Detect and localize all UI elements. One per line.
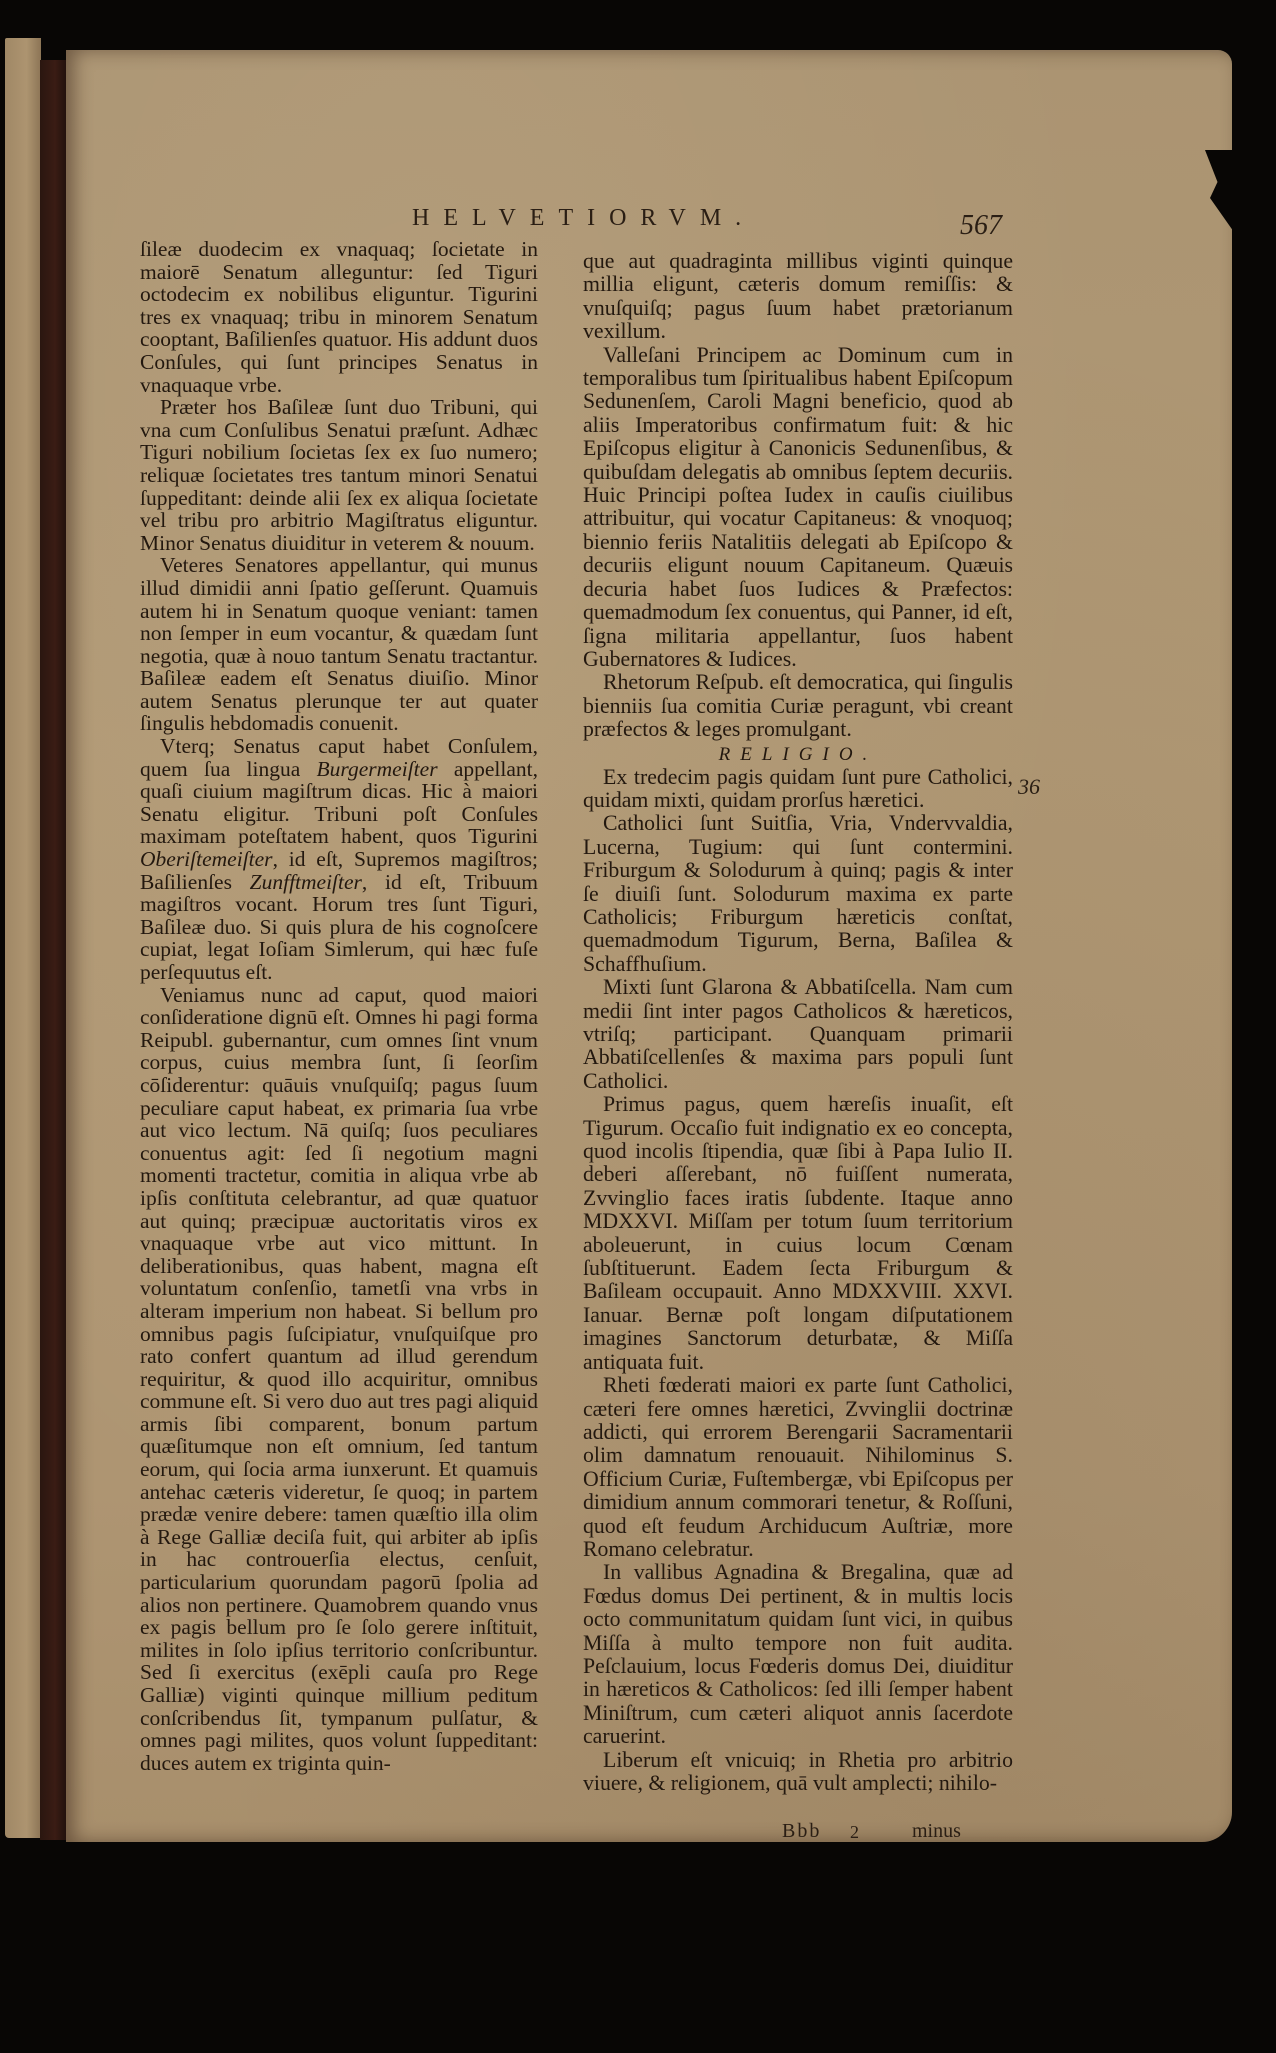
german-term-oberistemeister: Oberiſtemeiſter bbox=[140, 847, 273, 871]
paragraph: Ex tredecim pagis quidam ſunt pure Catho… bbox=[583, 766, 1013, 813]
german-term-burgermeister: Burgermeiſter bbox=[317, 757, 438, 781]
paragraph: ſileæ duodecim ex vnaquaq; ſocietate in … bbox=[140, 238, 538, 396]
paragraph: que aut quadraginta millibus viginti qui… bbox=[583, 250, 1013, 344]
paragraph: Mixti ſunt Glarona & Abbatiſcella. Nam c… bbox=[583, 976, 1013, 1093]
previous-page-edge bbox=[5, 38, 41, 1838]
signature-number: 2 bbox=[850, 1822, 859, 1843]
paragraph: Veteres Senatores appellantur, qui munus… bbox=[140, 554, 538, 735]
paragraph: Rhetorum Reſpub. eſt democratica, qui ſi… bbox=[583, 671, 1013, 741]
handwritten-margin-note: 36 bbox=[1018, 774, 1040, 800]
paragraph: Primus pagus, quem hæreſis inuaſit, eſt … bbox=[583, 1093, 1013, 1374]
left-column: ſileæ duodecim ex vnaquaq; ſocietate in … bbox=[140, 238, 538, 1774]
paragraph: Valleſani Principem ac Dominum cum in te… bbox=[583, 344, 1013, 672]
paragraph: Præter hos Baſileæ ſunt duo Tribuni, qui… bbox=[140, 396, 538, 554]
right-column: que aut quadraginta millibus viginti qui… bbox=[583, 250, 1013, 1795]
page-number: 567 bbox=[960, 210, 1002, 242]
paragraph: Liberum eſt vnicuiq; in Rhetia pro arbit… bbox=[583, 1749, 1013, 1796]
running-head-title: HELVETIORVM. bbox=[412, 205, 755, 232]
catchword: minus bbox=[912, 1820, 961, 1843]
german-term-zunfftmeister: Zunfftmeiſter bbox=[250, 870, 362, 894]
paragraph: Veniamus nunc ad caput, quod maiori conſ… bbox=[140, 984, 538, 1775]
paragraph: Catholici ſunt Suitſia, Vria, Vndervvald… bbox=[583, 812, 1013, 976]
paragraph: In vallibus Agnadina & Bregalina, quæ ad… bbox=[583, 1561, 1013, 1748]
signature-mark: Bbb bbox=[782, 1820, 821, 1843]
paragraph-with-german-terms: Vterq; Senatus caput habet Conſulem, que… bbox=[140, 735, 538, 984]
paragraph: Rheti fœderati maiori ex parte ſunt Cath… bbox=[583, 1374, 1013, 1561]
section-heading-religio: RELIGIO. bbox=[583, 744, 1013, 766]
